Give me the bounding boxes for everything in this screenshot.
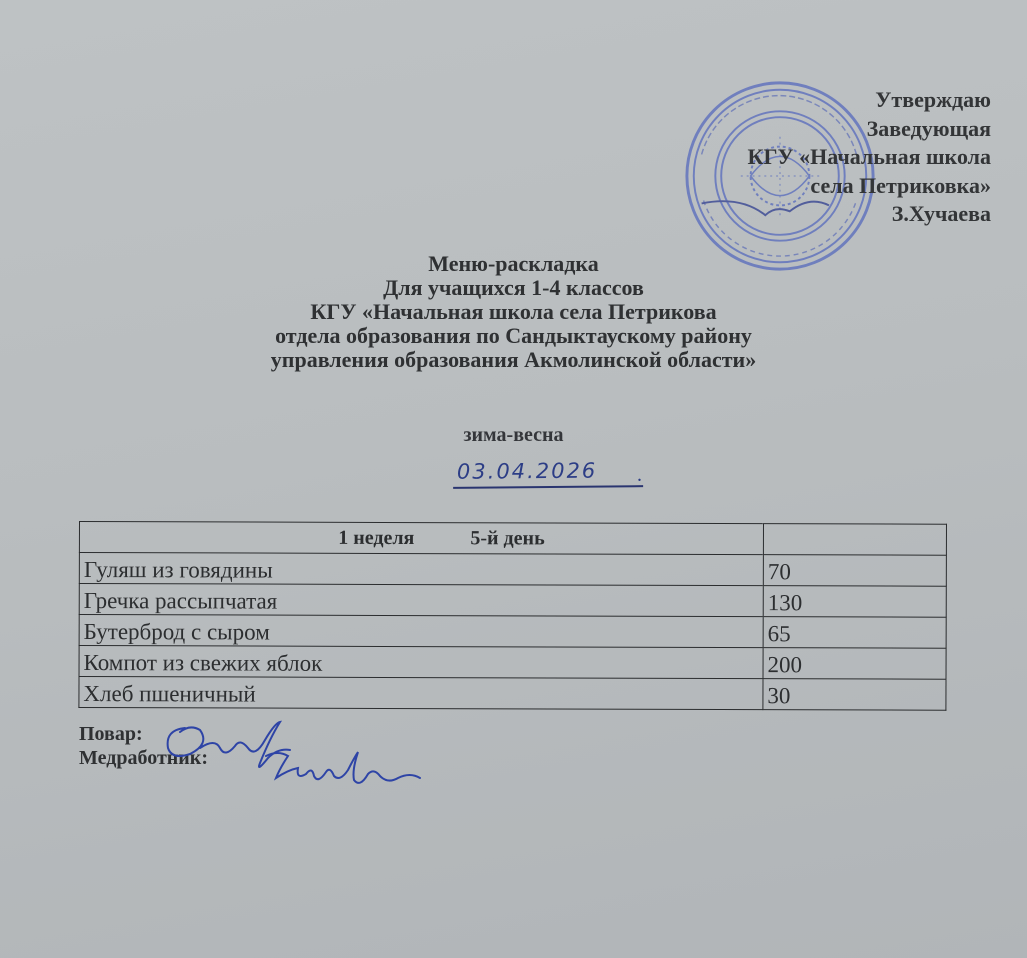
qty-cell: 70 — [763, 555, 946, 587]
qty-cell: 65 — [763, 617, 946, 649]
cook-label: Повар: — [79, 722, 208, 746]
title-line-1: Меню-раскладка — [0, 252, 1027, 276]
approval-position: Заведующая — [748, 115, 992, 144]
qty-cell: 130 — [763, 586, 946, 618]
dish-cell: Гречка рассыпчатая — [79, 584, 763, 617]
approval-org-line-2: села Петриковка» — [748, 172, 992, 201]
qty-cell: 200 — [763, 648, 946, 680]
dish-cell: Гуляш из говядины — [79, 553, 763, 586]
medic-signature-icon — [258, 748, 428, 793]
season-label: зима-весна — [0, 424, 1027, 447]
title-line-3: КГУ «Начальная школа села Петрикова — [0, 300, 1027, 324]
table-row: Компот из свежих яблок 200 — [79, 646, 946, 680]
table-row: Гречка рассыпчатая 130 — [79, 584, 946, 618]
table-row: Бутерброд с сыром 65 — [79, 615, 946, 649]
title-line-4: отдела образования по Сандыктаускому рай… — [0, 324, 1027, 348]
title-line-2: Для учащихся 1-4 классов — [0, 276, 1027, 300]
table-row: Хлеб пшеничный 30 — [79, 677, 946, 711]
qty-header-cell — [763, 524, 946, 556]
table-header-cell: 1 неделя 5-й день — [79, 522, 763, 555]
medic-label: Медработник: — [79, 746, 208, 770]
approval-org-line-1: КГУ «Начальная школа — [748, 143, 992, 172]
dish-cell: Бутерброд с сыром — [79, 615, 763, 648]
table-header-row: 1 неделя 5-й день — [79, 522, 946, 556]
dish-cell: Хлеб пшеничный — [79, 677, 763, 710]
approval-heading: Утверждаю — [748, 86, 992, 115]
document-title: Меню-раскладка Для учащихся 1-4 классов … — [0, 252, 1027, 372]
dish-cell: Компот из свежих яблок — [79, 646, 763, 679]
approval-name: З.Хучаева — [748, 200, 992, 229]
qty-cell: 30 — [763, 679, 946, 711]
table-row: Гуляш из говядины 70 — [79, 553, 946, 587]
title-line-5: управления образования Акмолинской облас… — [0, 348, 1027, 372]
day-label: 5-й день — [470, 525, 544, 551]
approval-block: Утверждаю Заведующая КГУ «Начальная школ… — [748, 86, 992, 229]
handwritten-date: 03.04.2026 — [453, 455, 643, 489]
date-trailing-dot: . — [637, 464, 642, 487]
week-label: 1 неделя — [338, 525, 414, 551]
menu-table: 1 неделя 5-й день Гуляш из говядины 70 Г… — [78, 521, 947, 711]
signature-block: Повар: Медработник: — [79, 722, 208, 770]
